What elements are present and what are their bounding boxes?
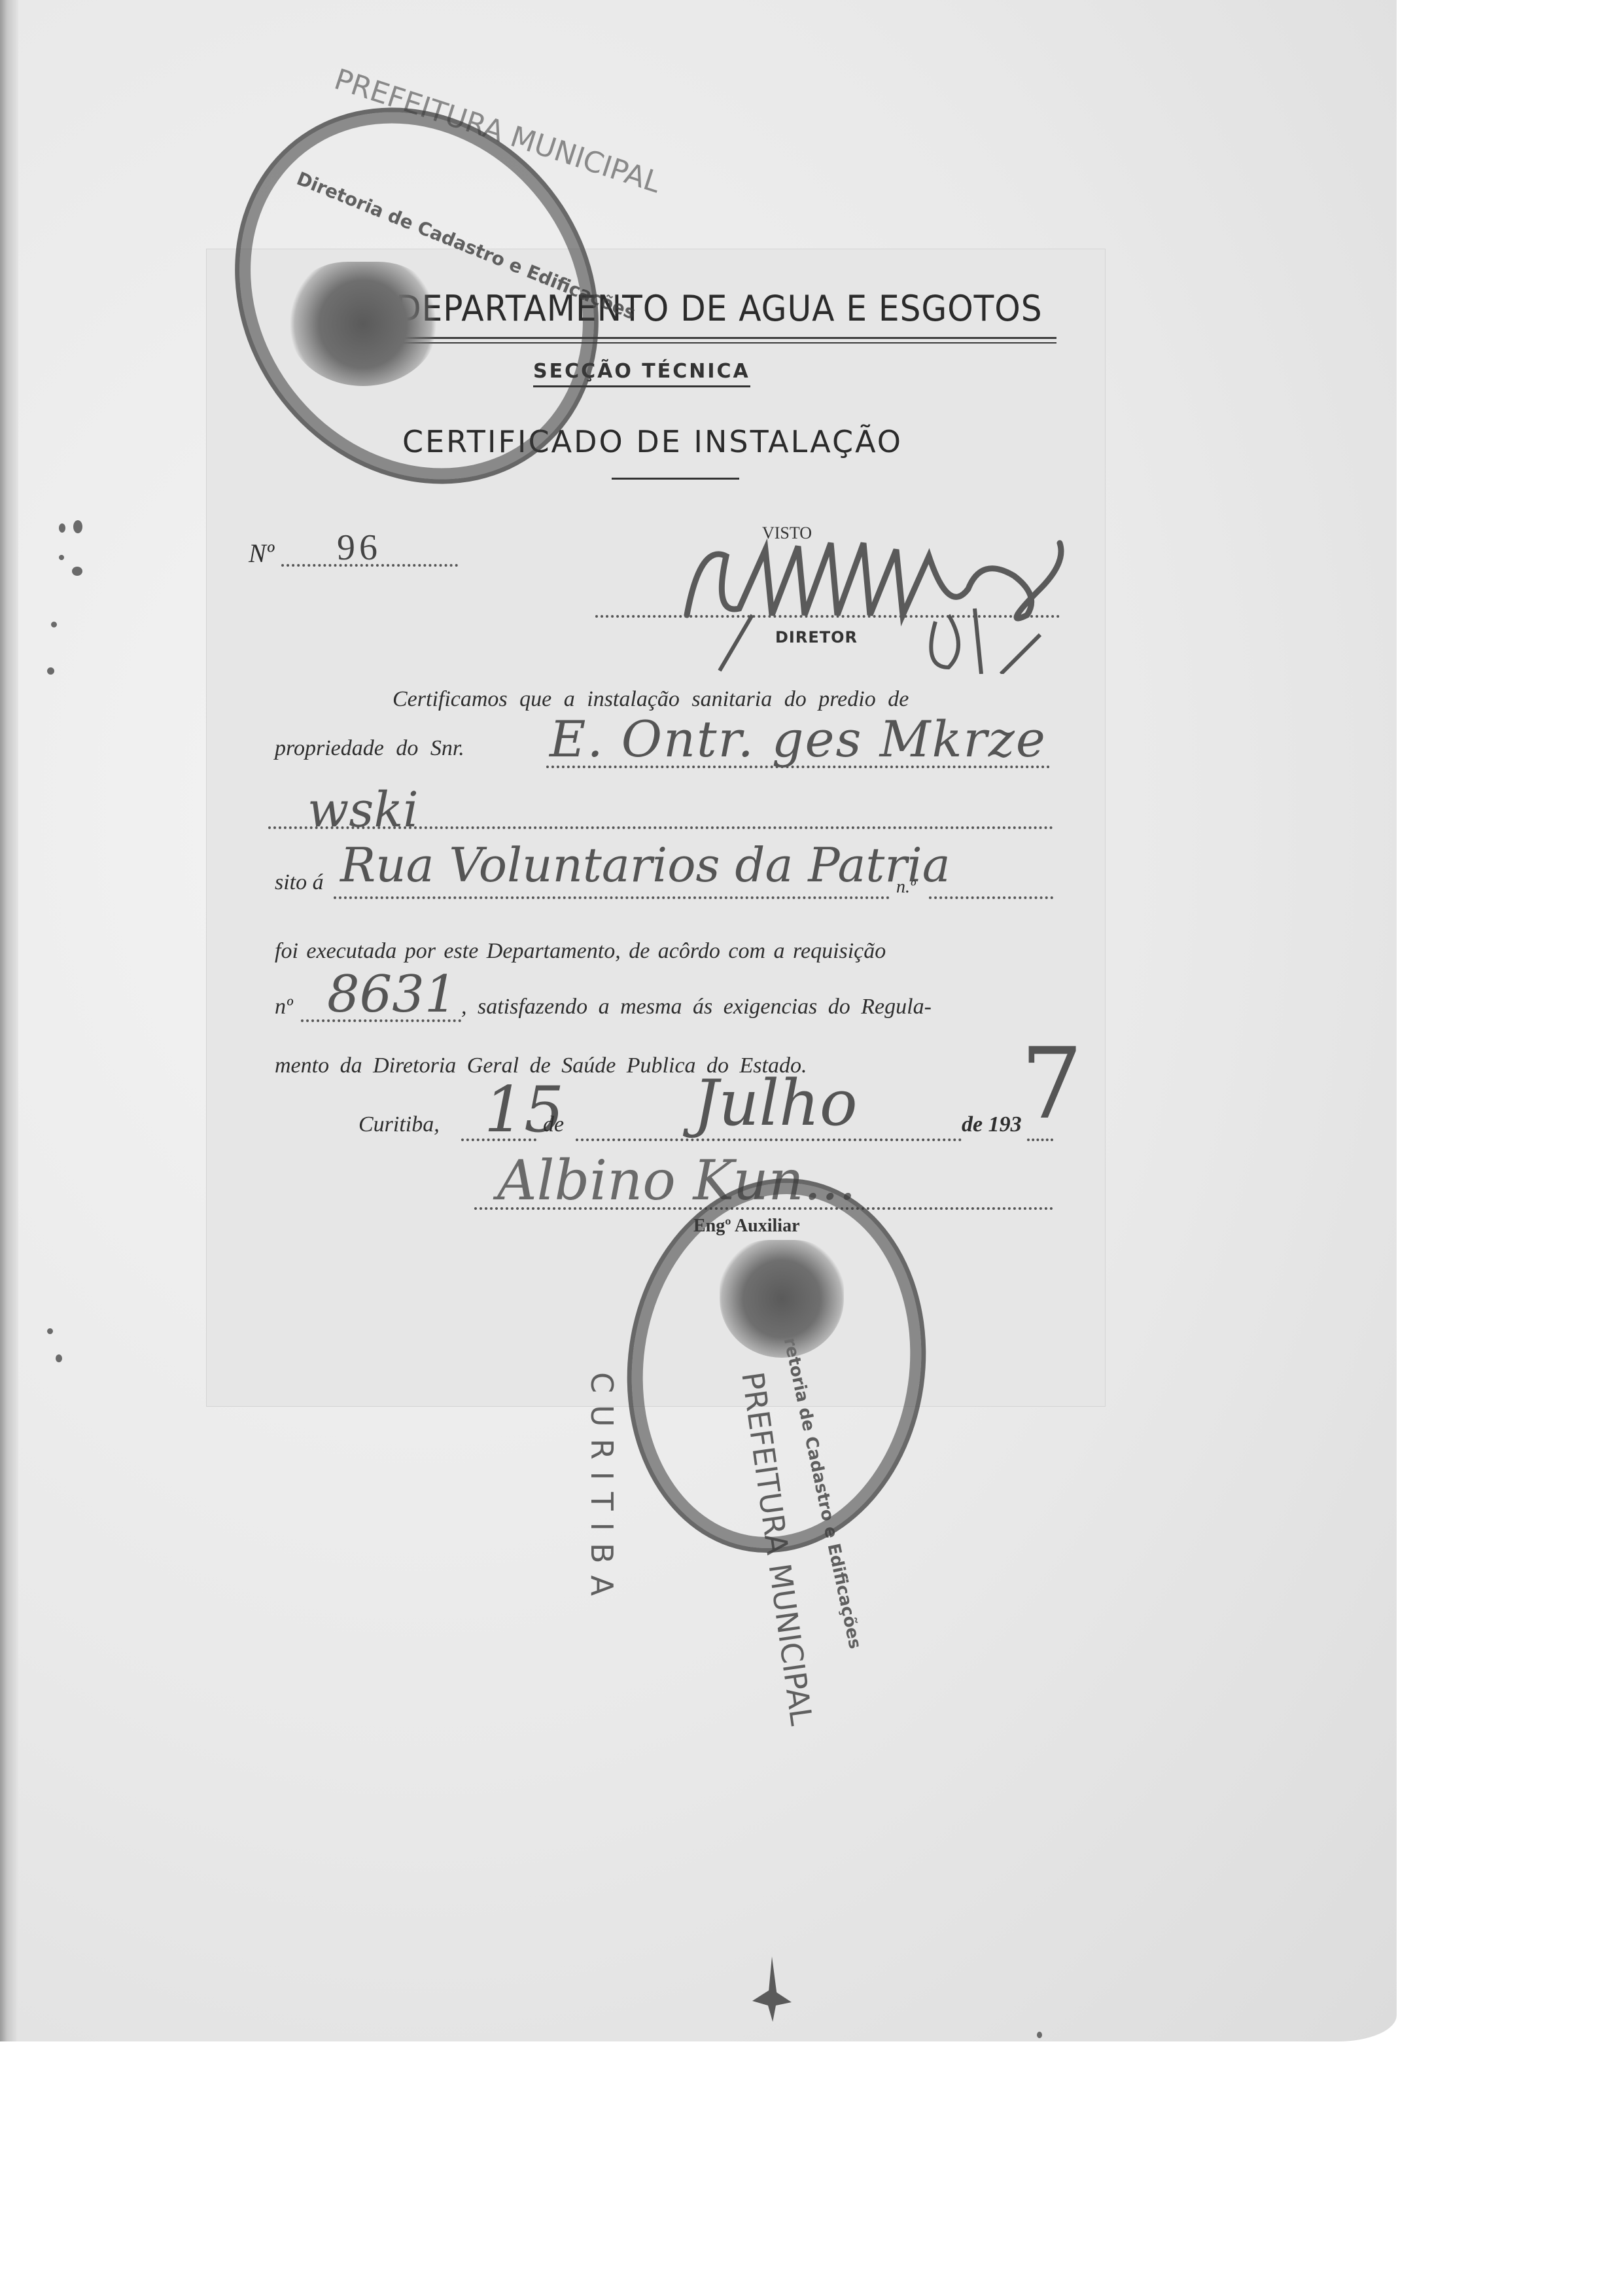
ink-spot — [51, 622, 57, 627]
title-rule — [612, 478, 739, 480]
ink-spot — [1037, 2032, 1042, 2038]
requisition-label: nº — [275, 995, 293, 1019]
top-stamp-crest — [288, 262, 438, 386]
date-month-handwritten: Julho — [693, 1067, 858, 1140]
ink-blot — [752, 1956, 792, 2022]
paper-page: DEPARTAMENTO DE AGUA E ESGOTOS SECÇÃO TÉ… — [0, 0, 1397, 2041]
body-line-1: Certificamos que a instalação sanitaria … — [393, 687, 909, 712]
address-label: sito á — [275, 870, 324, 895]
date-year-label: de 193 — [962, 1112, 1022, 1137]
number-label: Nº — [249, 538, 274, 569]
bottom-stamp-crest — [720, 1240, 844, 1358]
page-binding-edge — [0, 0, 18, 2041]
body-line-4: foi executada por este Departamento, de … — [275, 939, 886, 964]
ink-spot — [72, 567, 82, 576]
address-dotted-line — [334, 896, 890, 899]
date-de-label: de — [543, 1112, 564, 1137]
owner-name-continuation: wski — [307, 782, 419, 838]
ink-spot — [59, 523, 65, 533]
bottom-stamp-side-text: CURITIBA — [584, 1372, 620, 1608]
requisition-number-handwritten: 8631 — [327, 965, 457, 1024]
city-label: Curitiba, — [358, 1112, 440, 1137]
date-year-suffix-handwritten: 7 — [1021, 1027, 1083, 1141]
ink-spot — [56, 1354, 62, 1362]
owner-continuation-dotted-line — [268, 826, 1053, 829]
address-number-dotted-line — [929, 896, 1053, 899]
director-signature — [674, 517, 1079, 674]
number-value: 96 — [337, 527, 381, 569]
address-handwritten: Rua Voluntarios da Patria — [340, 838, 951, 892]
body-line-5: , satisfazendo a mesma ás exigencias do … — [461, 995, 932, 1019]
owner-name-handwritten: E. Ontr. ges Mkrze — [550, 710, 1047, 768]
owner-label: propriedade do Snr. — [275, 736, 464, 761]
ink-spot — [47, 1328, 53, 1334]
ink-spot — [47, 667, 54, 675]
ink-spot — [59, 555, 64, 560]
ink-spot — [73, 520, 82, 533]
address-number-label: n.º — [896, 877, 916, 898]
director-label: DIRETOR — [775, 628, 858, 646]
